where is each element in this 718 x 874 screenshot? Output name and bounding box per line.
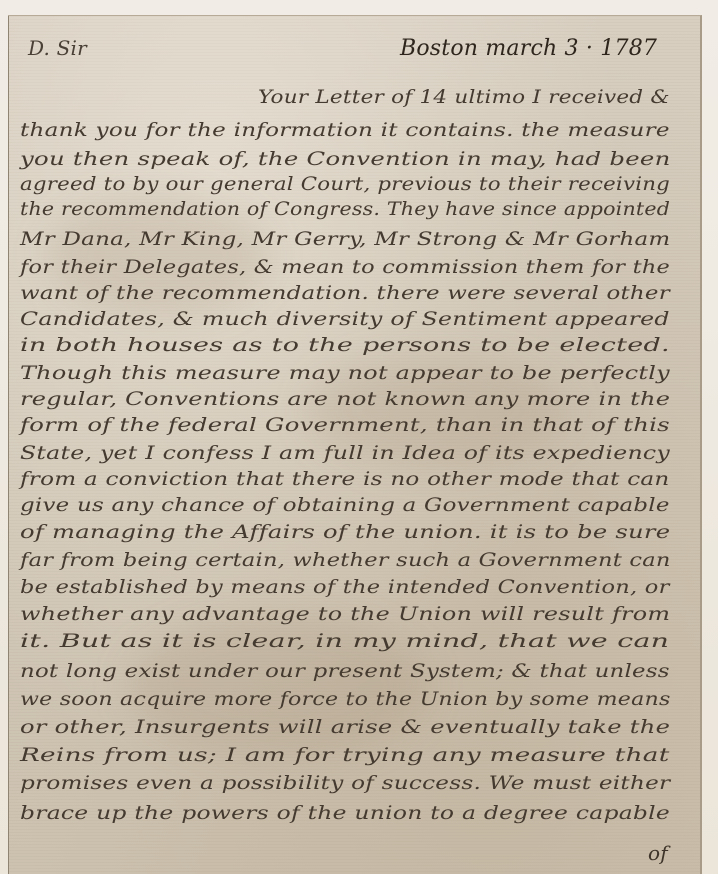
letter-line: in both houses as to the persons to be e… <box>20 334 670 356</box>
letter-line: or other, Insurgents will arise & eventu… <box>20 716 670 738</box>
letter-line: Reins from us; I am for trying any measu… <box>20 744 670 766</box>
letter-line: of managing the Affairs of the union. it… <box>20 521 670 543</box>
letter-line: promises even a possibility of success. … <box>20 772 670 794</box>
letter-line: agreed to by our general Court, previous… <box>20 173 670 195</box>
letter-line: you then speak of, the Convention in may… <box>20 148 671 170</box>
letter-line: for their Delegates, & mean to commissio… <box>20 256 670 278</box>
letter-line: Mr Dana, Mr King, Mr Gerry, Mr Strong & … <box>20 228 670 250</box>
letter-line: brace up the powers of the union to a de… <box>20 802 670 824</box>
catchword: of <box>648 841 668 865</box>
letter-line: the recommendation of Congress. They hav… <box>20 198 670 220</box>
place-date-heading: Boston march 3 · 1787 <box>400 36 657 61</box>
letter-line: from a conviction that there is no other… <box>20 468 669 490</box>
manuscript-sheet: D. Sir Boston march 3 · 1787 Your Letter… <box>8 15 702 874</box>
letter-line: whether any advantage to the Union will … <box>20 603 670 625</box>
letter-line: State, yet I confess I am full in Idea o… <box>20 442 670 464</box>
letter-line: be established by means of the intended … <box>20 576 670 598</box>
letter-line: it. But as it is clear, in my mind, that… <box>20 630 669 652</box>
letter-line: Your Letter of 14 ultimo I received & <box>258 86 670 108</box>
letter-line: want of the recommendation. there were s… <box>20 282 670 304</box>
letter-line: give us any chance of obtaining a Govern… <box>20 494 670 516</box>
letter-line: far from being certain, whether such a G… <box>20 549 671 571</box>
letter-line: regular, Conventions are not known any m… <box>20 388 670 410</box>
letter-line: Though this measure may not appear to be… <box>20 362 670 384</box>
letter-line: thank you for the information it contain… <box>20 119 670 141</box>
letter-line: we soon acquire more force to the Union … <box>20 688 671 710</box>
letter-line: not long exist under our present System;… <box>20 660 670 682</box>
letter-line: Candidates, & much diversity of Sentimen… <box>20 308 670 330</box>
letter-line: form of the federal Government, than in … <box>20 414 670 436</box>
salutation: D. Sir <box>28 36 87 60</box>
